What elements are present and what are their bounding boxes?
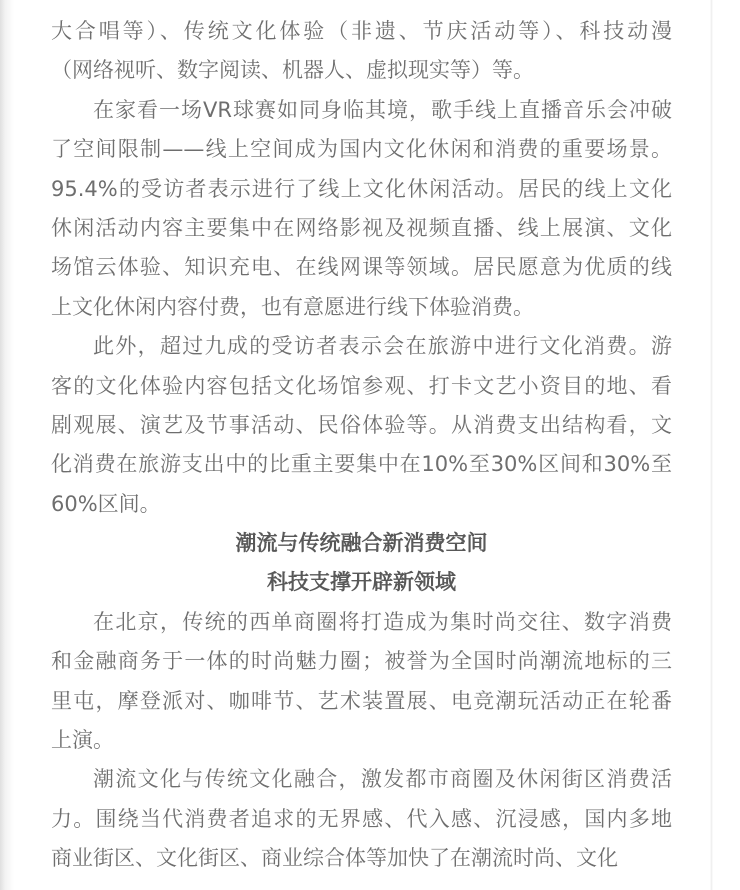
paragraph-line: 和金融商务于一体的时尚魅力圈；被誉为全国时尚潮流地标的三 <box>51 642 672 681</box>
article-text-column: 大合唱等）、传统文化体验（非遗、节庆活动等）、科技动漫（网络视听、数字阅读、机器… <box>51 12 672 879</box>
paragraph-line: 商业街区、文化街区、商业综合体等加快了在潮流时尚、文化 <box>51 839 672 878</box>
page-right-edge-shadow <box>710 0 713 890</box>
paragraph-line: 剧观展、演艺及节事活动、民俗体验等。从消费支出结构看，文 <box>51 406 672 445</box>
paragraph-line: 此外，超过九成的受访者表示会在旅游中进行文化消费。游 <box>51 327 672 366</box>
section-heading-line: 科技支撑开辟新领域 <box>51 563 672 602</box>
paragraph-line: 客的文化体验内容包括文化场馆参观、打卡文艺小资目的地、看 <box>51 367 672 406</box>
paragraph-line: 95.4%的受访者表示进行了线上文化休闲活动。居民的线上文化 <box>51 170 672 209</box>
paragraph-line: 在北京，传统的西单商圈将打造成为集时尚交往、数字消费 <box>51 603 672 642</box>
paragraph-line: 场馆云体验、知识充电、在线网课等领域。居民愿意为优质的线 <box>51 248 672 287</box>
paragraph-line: 潮流文化与传统文化融合，激发都市商圈及休闲街区消费活 <box>51 760 672 799</box>
paragraph-line: 了空间限制——线上空间成为国内文化休闲和消费的重要场景。 <box>51 130 672 169</box>
paragraph-line: 在家看一场VR球赛如同身临其境，歌手线上直播音乐会冲破 <box>51 91 672 130</box>
paragraph-line: 休闲活动内容主要集中在网络影视及视频直播、线上展演、文化 <box>51 209 672 248</box>
section-heading-line: 潮流与传统融合新消费空间 <box>51 524 672 563</box>
article-page: 大合唱等）、传统文化体验（非遗、节庆活动等）、科技动漫（网络视听、数字阅读、机器… <box>0 0 740 890</box>
paragraph-line: 上文化休闲内容付费，也有意愿进行线下体验消费。 <box>51 288 672 327</box>
paragraph-line: 大合唱等）、传统文化体验（非遗、节庆活动等）、科技动漫 <box>51 12 672 51</box>
paragraph-line: 力。围绕当代消费者追求的无界感、代入感、沉浸感，国内多地 <box>51 800 672 839</box>
page-left-edge-shadow <box>0 0 14 890</box>
paragraph-line: 化消费在旅游支出中的比重主要集中在10%至30%区间和30%至 <box>51 445 672 484</box>
paragraph-line: 60%区间。 <box>51 485 672 524</box>
paragraph-line: 上演。 <box>51 721 672 760</box>
paragraph-line: （网络视听、数字阅读、机器人、虚拟现实等）等。 <box>51 51 672 90</box>
paragraph-line: 里屯，摩登派对、咖啡节、艺术装置展、电竞潮玩活动正在轮番 <box>51 682 672 721</box>
